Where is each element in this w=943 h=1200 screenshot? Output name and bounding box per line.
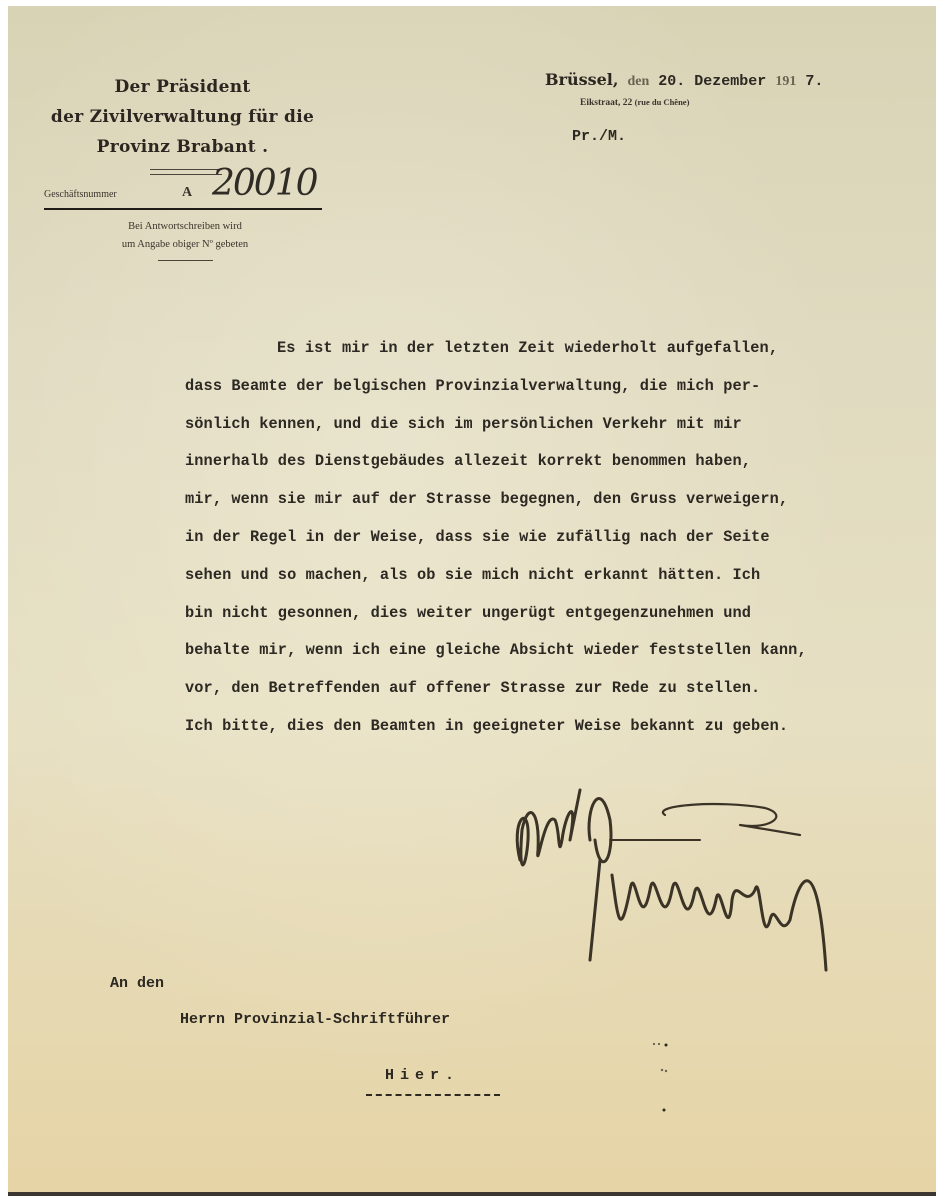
- handwritten-signature: [500, 780, 840, 980]
- ink-specks: [648, 1040, 678, 1115]
- salutation: An den: [110, 975, 164, 992]
- body-line: behalte mir, wenn ich eine gleiche Absic…: [185, 632, 943, 670]
- address-french: (rue du Chêne): [635, 97, 690, 107]
- recipient-location: Hier.: [385, 1067, 460, 1084]
- reference-label: Geschäftsnummer: [44, 189, 117, 200]
- date-day: 20.: [658, 73, 685, 90]
- letter-body: Es ist mir in der letzten Zeit wiederhol…: [185, 330, 943, 746]
- body-line: sehen und so machen, als ob sie mich nic…: [185, 557, 943, 595]
- body-line: Ich bitte, dies den Beamten in geeignete…: [185, 708, 943, 746]
- body-line: sönlich kennen, und die sich im persönli…: [185, 406, 943, 444]
- date-year-prefix: 191: [775, 74, 796, 89]
- letterhead: Der Präsident der Zivilverwaltung für di…: [40, 72, 325, 162]
- den-label: den: [627, 74, 649, 89]
- hint-rule: [158, 260, 213, 261]
- body-line: dass Beamte der belgischen Provinzialver…: [185, 368, 943, 406]
- body-line: innerhalb des Dienstgebäudes allezeit ko…: [185, 443, 943, 481]
- recipient-name: Herrn Provinzial-Schriftführer: [180, 1011, 450, 1028]
- reference-letter: A: [182, 185, 192, 201]
- reply-hint-line-2: um Angabe obiger Nº gebeten: [70, 236, 300, 254]
- date-month: Dezember: [694, 73, 766, 90]
- body-line: vor, den Betreffenden auf offener Strass…: [185, 670, 943, 708]
- reference-number-row: Geschäftsnummer A 20010: [44, 165, 324, 205]
- body-line: in der Regel in der Weise, dass sie wie …: [185, 519, 943, 557]
- letterhead-line-1: Der Präsident: [40, 72, 325, 102]
- dateline: Brüssel, den 20. Dezember 191 7.: [545, 70, 823, 90]
- reference-rule: [44, 208, 322, 210]
- reply-hint-line-1: Bei Antwortschreiben wird: [70, 218, 300, 236]
- letterhead-line-3: Provinz Brabant .: [40, 132, 325, 162]
- body-line: bin nicht gesonnen, dies weiter ungerügt…: [185, 595, 943, 633]
- city: Brüssel,: [545, 70, 618, 89]
- sender-address: Eikstraat, 22 (rue du Chêne): [580, 97, 689, 108]
- date-year-suffix: 7.: [805, 73, 823, 90]
- reference-number-handwritten: 20010: [212, 163, 317, 204]
- letterhead-line-2: der Zivilverwaltung für die: [40, 102, 325, 132]
- body-line: Es ist mir in der letzten Zeit wiederhol…: [185, 330, 943, 368]
- office-reference-code: Pr./M.: [572, 128, 626, 145]
- reply-hint: Bei Antwortschreiben wird um Angabe obig…: [70, 218, 300, 254]
- body-line: mir, wenn sie mir auf der Strasse begegn…: [185, 481, 943, 519]
- address-street: Eikstraat, 22: [580, 98, 632, 108]
- location-underline: [366, 1094, 500, 1096]
